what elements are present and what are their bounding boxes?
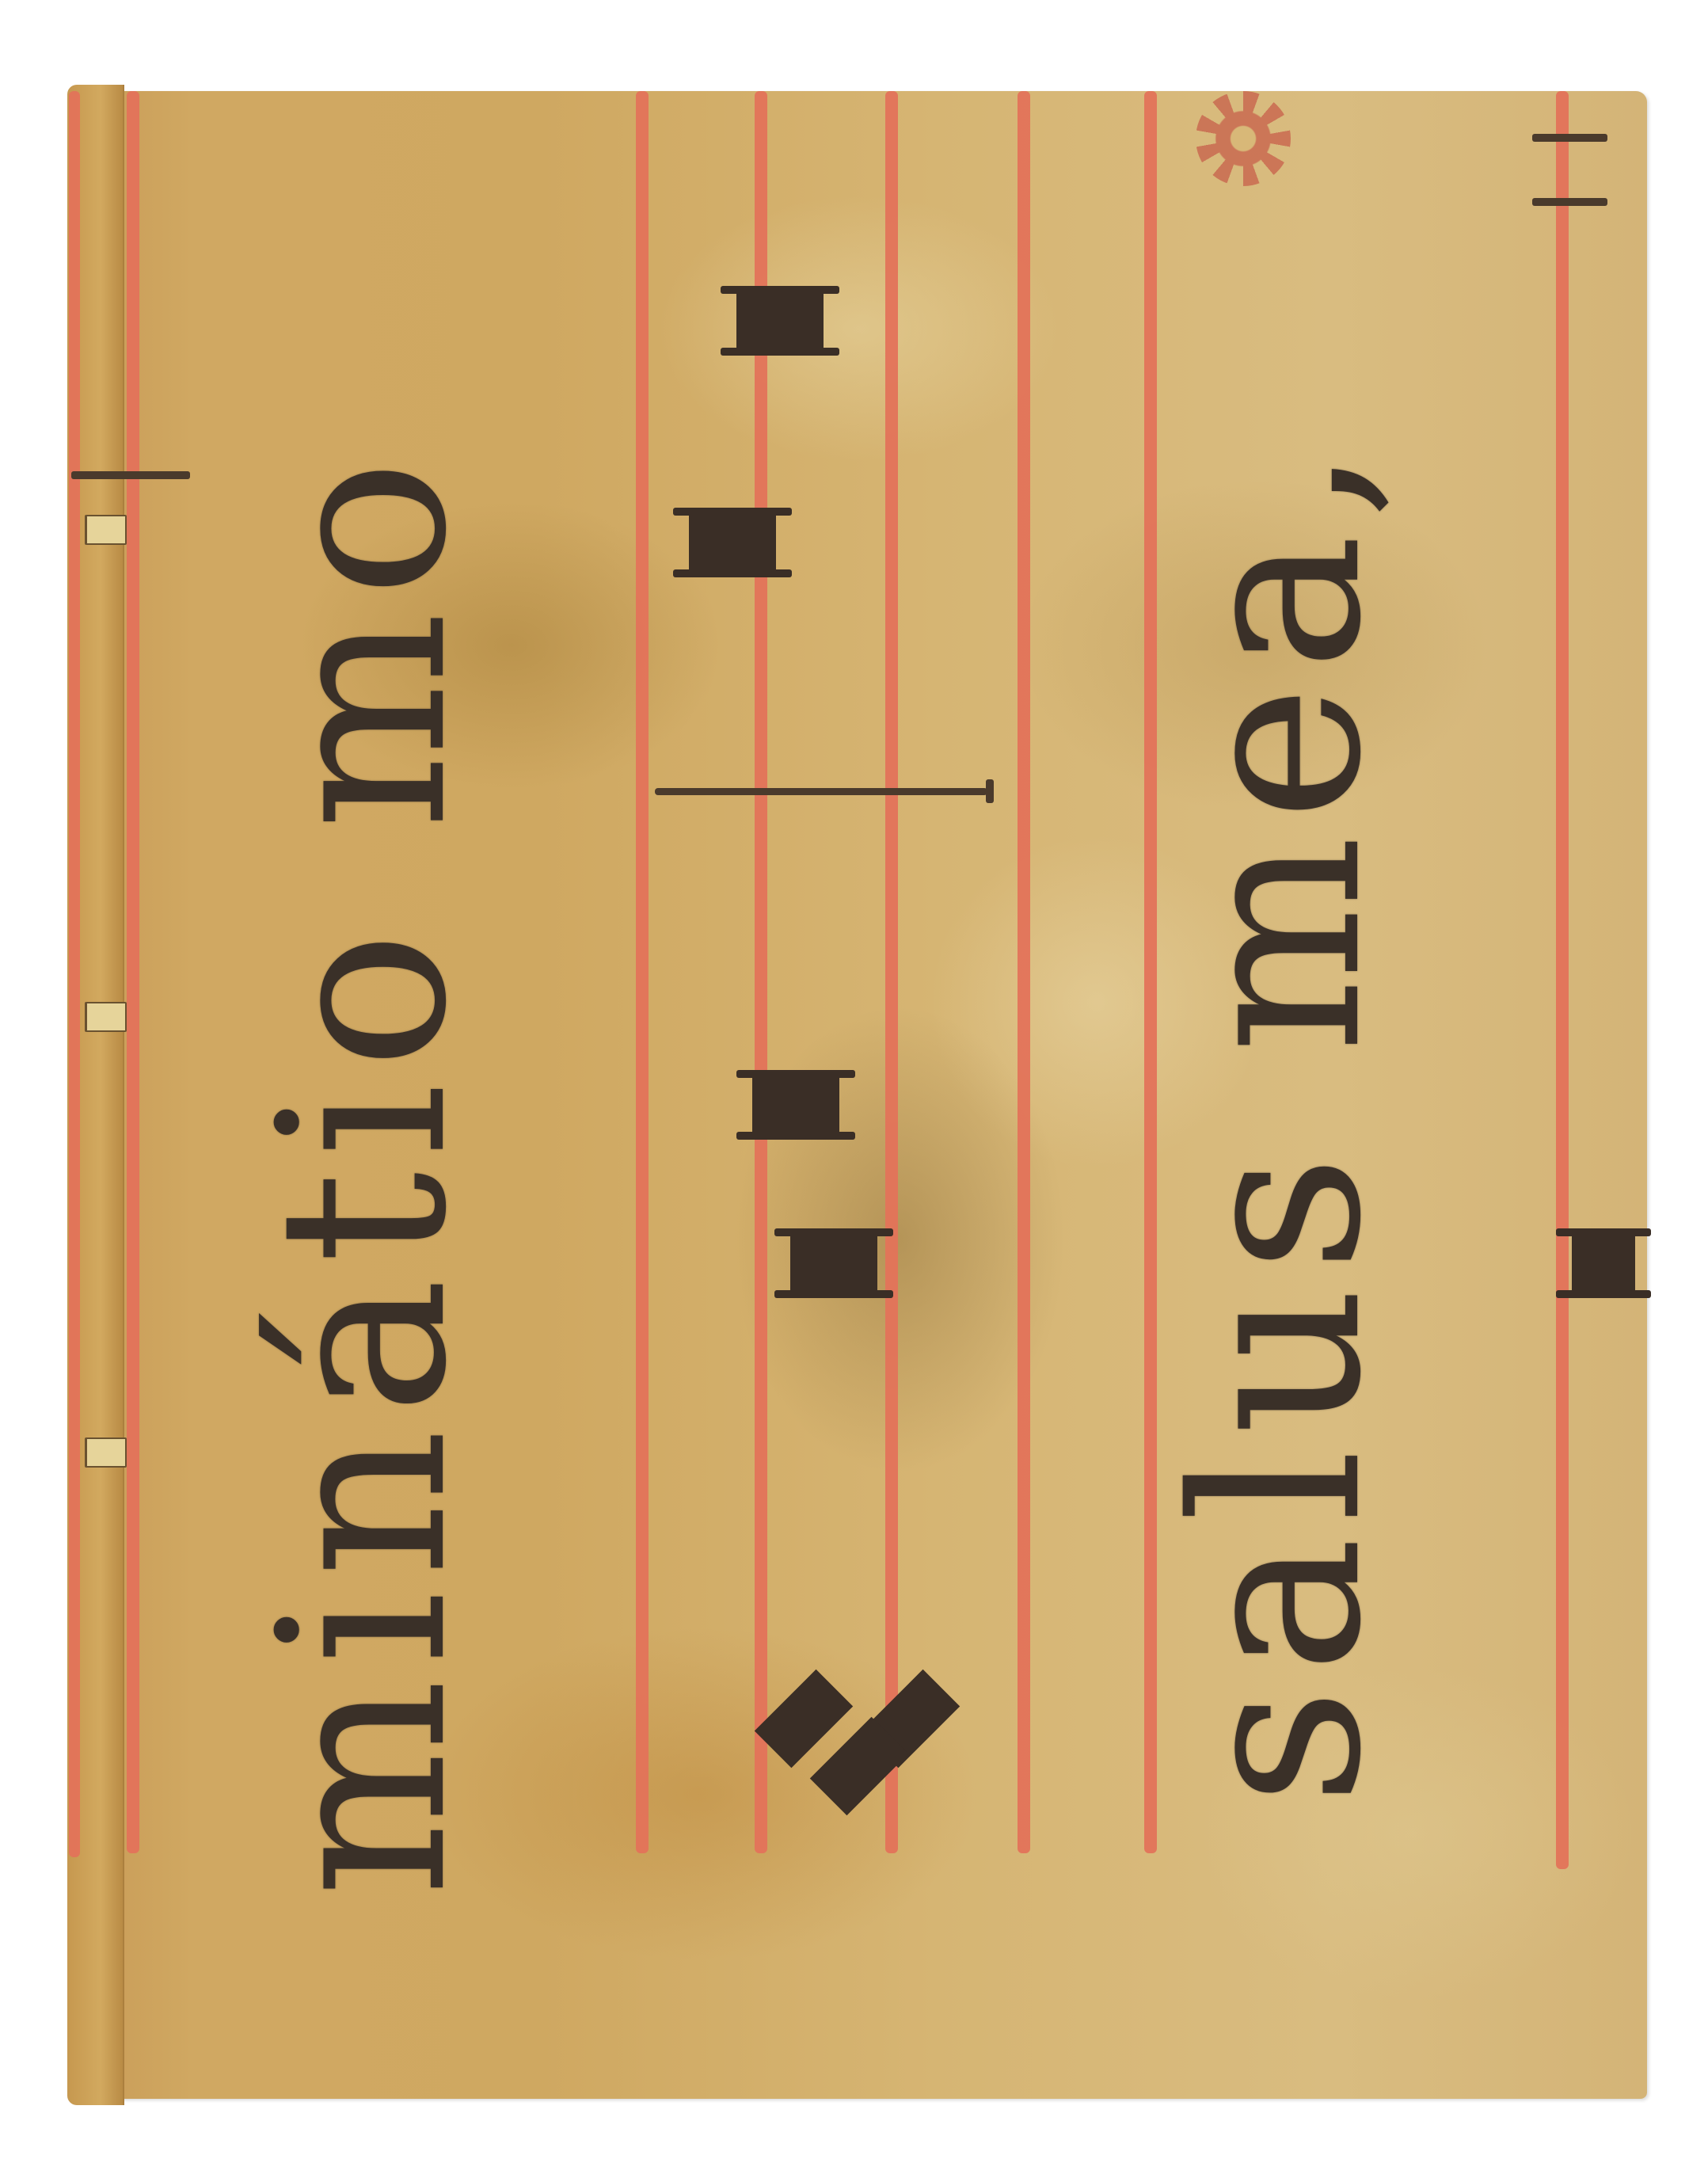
sewing-tab: [85, 515, 127, 545]
staff-line: [69, 91, 80, 1857]
staff-line: [127, 91, 139, 1853]
staff-tick-mark: [1532, 198, 1607, 206]
book-cover: minátio mo salus mea,: [67, 91, 1647, 2099]
spine-tick-mark: [71, 471, 190, 479]
staff-line: [1018, 91, 1030, 1853]
rosette-stamp-icon: [1196, 91, 1291, 186]
staff-line: [636, 91, 649, 1853]
staff-line: [1556, 91, 1569, 1869]
staff-line: [885, 91, 898, 1853]
square-note: [1572, 1232, 1635, 1295]
barline-tick: [986, 779, 994, 803]
staff-tick-mark: [1532, 134, 1607, 142]
manuscript-text-left: minátio mo: [249, 445, 479, 1897]
square-note: [790, 1232, 877, 1295]
sewing-tab: [85, 1437, 127, 1468]
square-note: [689, 511, 776, 574]
manuscript-text-right: salus mea,: [1164, 432, 1394, 1806]
sewing-tab: [85, 1002, 127, 1032]
square-note: [752, 1073, 839, 1137]
square-note: [736, 289, 824, 352]
music-barline: [655, 788, 987, 795]
